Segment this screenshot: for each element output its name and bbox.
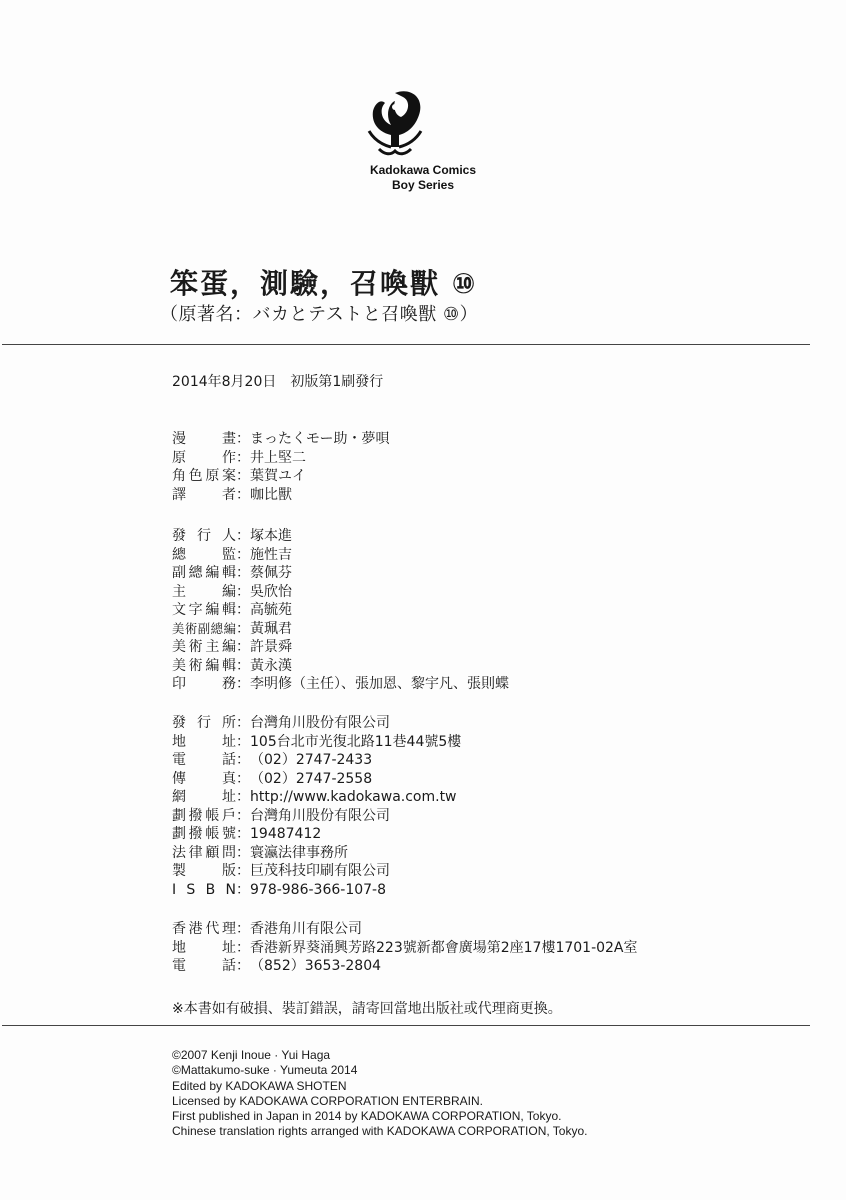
info-label: 總監	[172, 546, 236, 565]
colon: ：	[236, 751, 250, 770]
info-value: 巨茂科技印刷有限公司	[250, 862, 390, 881]
info-label: 發行所	[172, 714, 236, 733]
info-value: 978-986-366-107-8	[250, 881, 386, 900]
info-value: 塚本進	[250, 527, 292, 546]
colon: ：	[236, 583, 250, 602]
colon: ：	[236, 714, 250, 733]
info-value: 寰瀛法律事務所	[250, 844, 348, 863]
info-row: 劃撥帳號：19487412	[172, 825, 461, 844]
info-value: 105台北市光復北路11巷44號5樓	[250, 733, 461, 752]
copyright-line: First published in Japan in 2014 by KADO…	[172, 1109, 588, 1124]
info-label: 印務	[172, 675, 236, 694]
info-row: 地址：香港新界葵涌興芳路223號新都會廣場第2座17樓1701-02A室	[172, 939, 638, 958]
info-label: ISBN	[172, 881, 236, 900]
info-row: 電話：（852）3653-2804	[172, 957, 638, 976]
info-value: 高毓苑	[250, 601, 292, 620]
book-title: 笨蛋，測驗，召喚獸 ⑩	[170, 262, 477, 302]
info-value: 黃珮君	[250, 620, 292, 639]
info-value: 蔡佩芬	[250, 564, 292, 583]
colon: ：	[236, 920, 250, 939]
info-label: 主編	[172, 583, 236, 602]
copyright-line: ©2007 Kenji Inoue · Yui Haga	[172, 1048, 588, 1063]
info-label: 電話	[172, 957, 236, 976]
info-label: 副總編輯	[172, 564, 236, 583]
info-value: まったくモー助・夢唄	[250, 430, 389, 449]
info-value: 台灣角川股份有限公司	[250, 807, 390, 826]
info-row: 角色原案：葉賀ユイ	[172, 467, 389, 486]
info-label: 法律顧問	[172, 844, 236, 863]
divider-bottom	[2, 1025, 810, 1026]
info-row: 電話：（02）2747-2433	[172, 751, 461, 770]
colon: ：	[236, 601, 250, 620]
colon: ：	[236, 957, 250, 976]
info-label: 地址	[172, 733, 236, 752]
info-label: 美術主編	[172, 638, 236, 657]
info-value: 吳欣怡	[250, 583, 292, 602]
info-value: 香港新界葵涌興芳路223號新都會廣場第2座17樓1701-02A室	[250, 939, 638, 958]
colon: ：	[236, 733, 250, 752]
colon: ：	[236, 657, 250, 676]
info-row: 網址：http://www.kadokawa.com.tw	[172, 788, 461, 807]
divider-top	[2, 344, 810, 345]
colon: ：	[236, 844, 250, 863]
info-value: （02）2747-2558	[250, 770, 372, 789]
colon: ：	[236, 564, 250, 583]
colon: ：	[236, 527, 250, 546]
copyright-block: ©2007 Kenji Inoue · Yui Haga ©Mattakumo-…	[172, 1048, 588, 1140]
info-row: 美術編輯：黃永漢	[172, 657, 509, 676]
colon: ：	[236, 430, 250, 449]
info-value: 咖比獸	[250, 486, 292, 505]
publisher-block: 發行所：台灣角川股份有限公司地址：105台北市光復北路11巷44號5樓電話：（0…	[172, 714, 461, 899]
info-value: 許景舜	[250, 638, 292, 657]
copyright-line: Licensed by KADOKAWA CORPORATION ENTERBR…	[172, 1094, 588, 1109]
info-value: 黃永漢	[250, 657, 292, 676]
info-label: 美術副總編	[172, 620, 236, 639]
info-label: 製版	[172, 862, 236, 881]
info-row: 美術副總編：黃珮君	[172, 620, 509, 639]
info-value: 香港角川有限公司	[250, 920, 362, 939]
colon: ：	[236, 546, 250, 565]
info-label: 傳真	[172, 770, 236, 789]
credits-block: 漫畫：まったくモー助・夢唄原作：井上堅二角色原案：葉賀ユイ譯者：咖比獸	[172, 430, 389, 504]
info-value: 台灣角川股份有限公司	[250, 714, 390, 733]
info-value: 李明修（主任）、張加恩、黎宇凡、張則蝶	[250, 675, 509, 694]
info-label: 文字編輯	[172, 601, 236, 620]
imprint-line-2: Boy Series	[0, 178, 846, 192]
info-row: 地址：105台北市光復北路11巷44號5樓	[172, 733, 461, 752]
imprint-line-1: Kadokawa Comics	[0, 163, 846, 177]
info-row: 副總編輯：蔡佩芬	[172, 564, 509, 583]
info-row: ISBN：978-986-366-107-8	[172, 881, 461, 900]
info-value: 施性吉	[250, 546, 292, 565]
info-row: 譯者：咖比獸	[172, 486, 389, 505]
info-value: （852）3653-2804	[250, 957, 381, 976]
colon: ：	[236, 675, 250, 694]
publication-date: 2014年8月20日 初版第1刷發行	[172, 371, 383, 391]
info-row: 原作：井上堅二	[172, 449, 389, 468]
info-label: 發行人	[172, 527, 236, 546]
info-row: 漫畫：まったくモー助・夢唄	[172, 430, 389, 449]
info-value: http://www.kadokawa.com.tw	[250, 788, 457, 807]
info-row: 主編：吳欣怡	[172, 583, 509, 602]
colon: ：	[236, 486, 250, 505]
colon: ：	[236, 807, 250, 826]
colon: ：	[236, 939, 250, 958]
staff-block: 發行人：塚本進總監：施性吉副總編輯：蔡佩芬主編：吳欣怡文字編輯：高毓苑美術副總編…	[172, 527, 509, 694]
colon: ：	[236, 620, 250, 639]
colon: ：	[236, 825, 250, 844]
notice-text: ※本書如有破損、裝訂錯誤，請寄回當地出版社或代理商更換。	[172, 998, 562, 1018]
info-row: 法律顧問：寰瀛法律事務所	[172, 844, 461, 863]
info-label: 原作	[172, 449, 236, 468]
info-row: 傳真：（02）2747-2558	[172, 770, 461, 789]
copyright-line: Edited by KADOKAWA SHOTEN	[172, 1079, 588, 1094]
colon: ：	[236, 881, 250, 900]
info-value: 葉賀ユイ	[250, 467, 306, 486]
info-row: 發行所：台灣角川股份有限公司	[172, 714, 461, 733]
phoenix-logo-icon	[355, 85, 435, 160]
colon: ：	[236, 467, 250, 486]
info-label: 劃撥帳戶	[172, 807, 236, 826]
info-value: （02）2747-2433	[250, 751, 372, 770]
colon: ：	[236, 862, 250, 881]
info-row: 印務：李明修（主任）、張加恩、黎宇凡、張則蝶	[172, 675, 509, 694]
colon: ：	[236, 788, 250, 807]
hk-agent-block: 香港代理：香港角川有限公司地址：香港新界葵涌興芳路223號新都會廣場第2座17樓…	[172, 920, 638, 976]
info-value: 井上堅二	[250, 449, 306, 468]
colon: ：	[236, 770, 250, 789]
copyright-line: ©Mattakumo-suke · Yumeuta 2014	[172, 1063, 588, 1078]
info-label: 地址	[172, 939, 236, 958]
info-row: 劃撥帳戶：台灣角川股份有限公司	[172, 807, 461, 826]
info-row: 文字編輯：高毓苑	[172, 601, 509, 620]
info-row: 發行人：塚本進	[172, 527, 509, 546]
info-label: 角色原案	[172, 467, 236, 486]
info-label: 譯者	[172, 486, 236, 505]
colon: ：	[236, 449, 250, 468]
colon: ：	[236, 638, 250, 657]
info-row: 香港代理：香港角川有限公司	[172, 920, 638, 939]
copyright-line: Chinese translation rights arranged with…	[172, 1124, 588, 1139]
original-title: （原著名：バカとテストと召喚獸 ⑩）	[160, 300, 478, 326]
info-row: 製版：巨茂科技印刷有限公司	[172, 862, 461, 881]
info-label: 漫畫	[172, 430, 236, 449]
info-label: 劃撥帳號	[172, 825, 236, 844]
info-label: 電話	[172, 751, 236, 770]
info-row: 美術主編：許景舜	[172, 638, 509, 657]
info-label: 香港代理	[172, 920, 236, 939]
info-label: 網址	[172, 788, 236, 807]
info-value: 19487412	[250, 825, 321, 844]
info-label: 美術編輯	[172, 657, 236, 676]
info-row: 總監：施性吉	[172, 546, 509, 565]
